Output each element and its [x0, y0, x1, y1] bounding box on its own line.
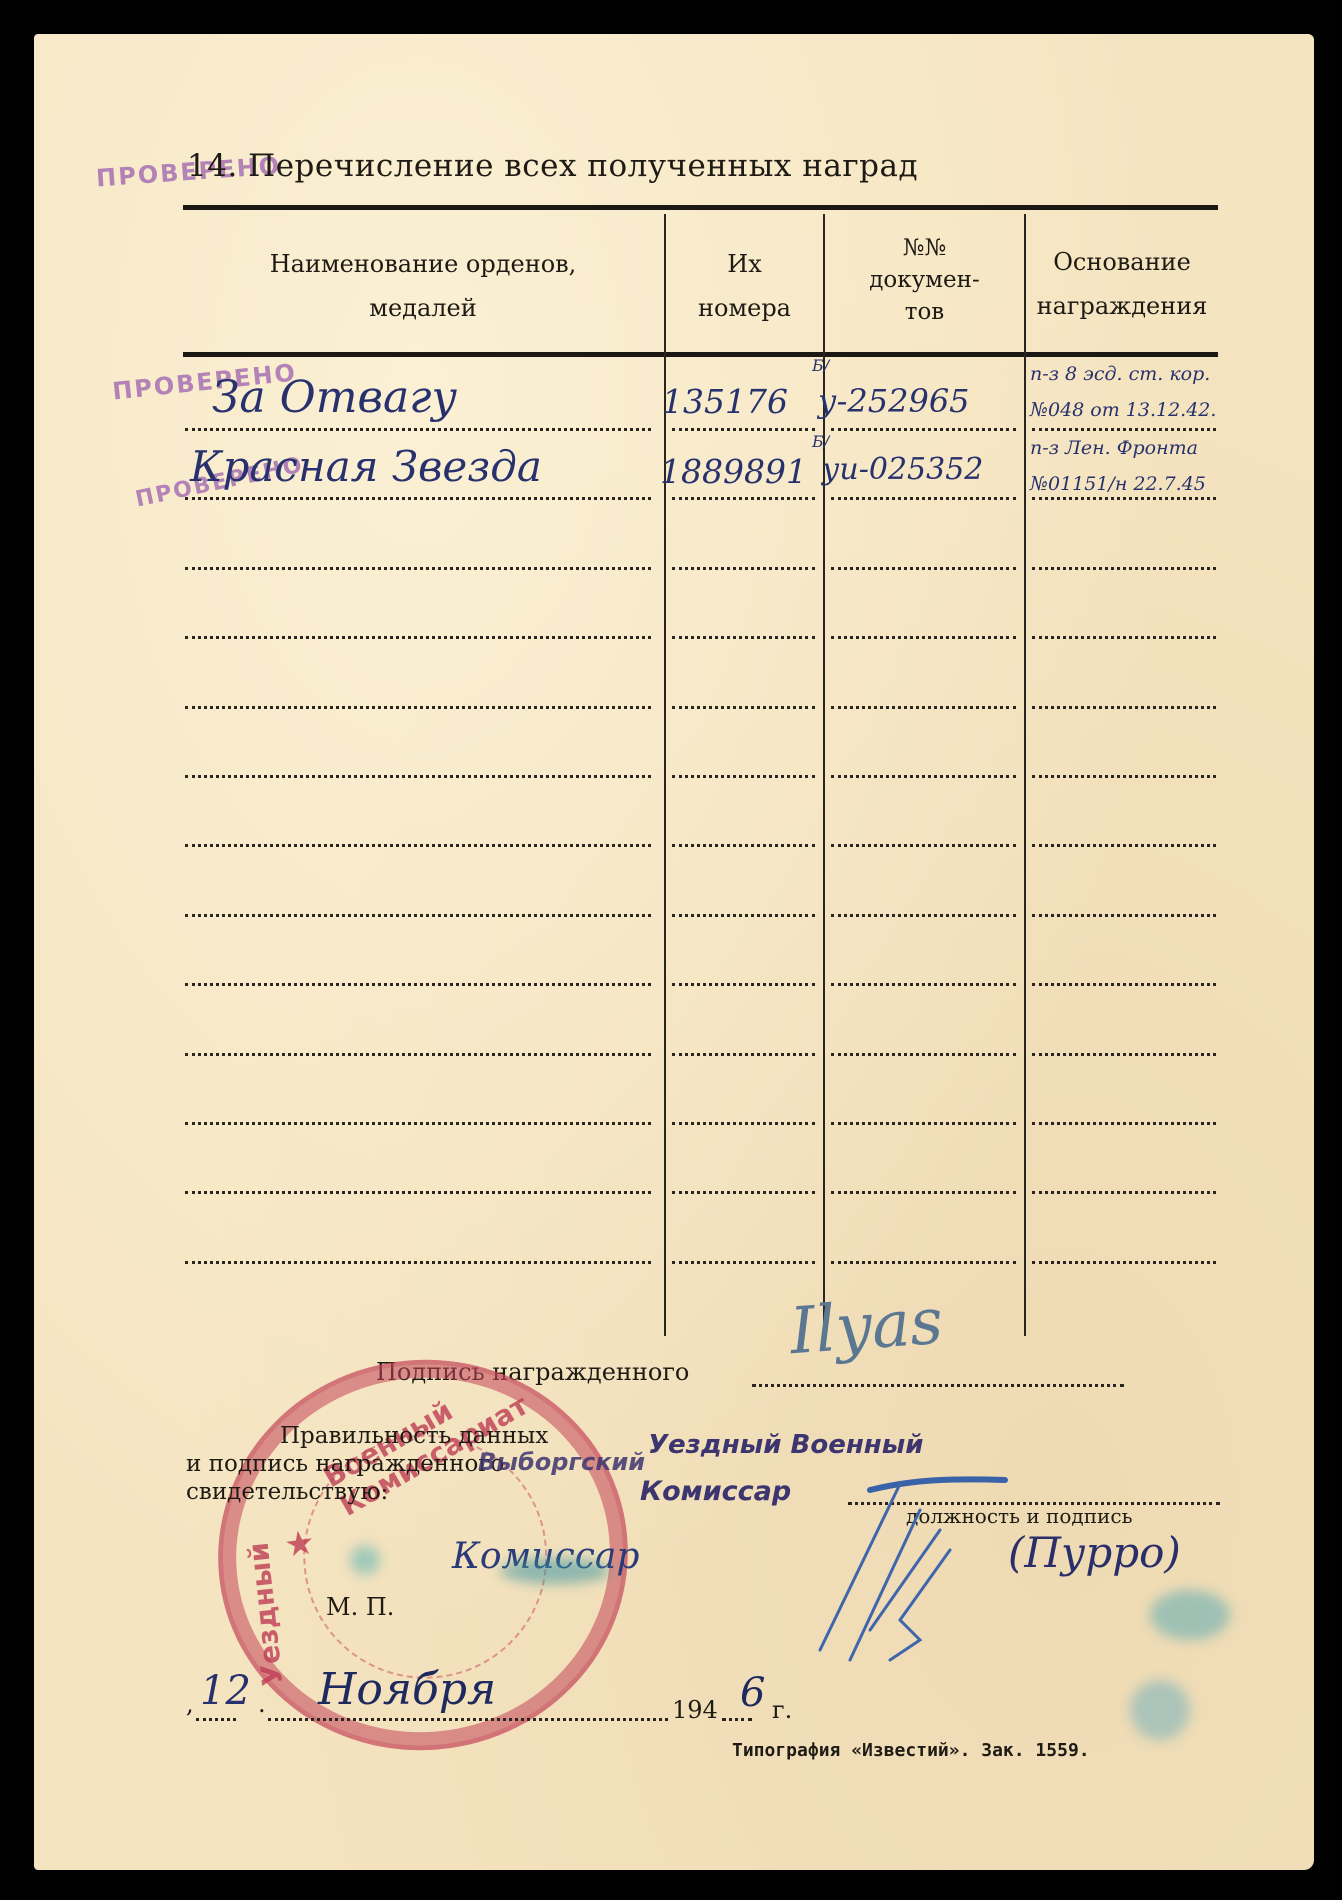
row-dotted-line [672, 497, 815, 500]
row-dotted-line [1032, 1122, 1216, 1125]
stamp-title-line1: Уездный Военный [648, 1430, 924, 1460]
column-header-award-name: Наименование орденов, медалей [183, 242, 663, 330]
award-number-cell: 135176 [662, 382, 788, 421]
table-top-rule [183, 205, 1218, 210]
row-dotted-line [1032, 914, 1216, 917]
row-dotted-line [185, 1053, 651, 1056]
row-dotted-line [831, 1053, 1016, 1056]
header-line: №№ [825, 232, 1024, 264]
document-number-cell: уи-025352 [822, 452, 983, 487]
row-dotted-line [672, 1122, 815, 1125]
award-name-cell: За Отвагу [212, 372, 457, 423]
row-dotted-line [831, 1191, 1016, 1194]
row-dotted-line [831, 706, 1016, 709]
row-dotted-line [672, 844, 815, 847]
row-dotted-line [831, 914, 1016, 917]
header-line: Основание [1026, 240, 1218, 284]
row-dotted-line [185, 1261, 651, 1264]
header-line: докумен- [825, 264, 1024, 296]
doc-prefix: Б/ [812, 432, 829, 451]
ink-blot [500, 1558, 610, 1584]
row-dotted-line [1032, 428, 1216, 431]
date-year-unit: г. [772, 1696, 792, 1724]
header-line: номера [666, 286, 823, 330]
commissar-signature-name: (Пурро) [1008, 1528, 1181, 1577]
award-number-cell: 1889891 [660, 452, 807, 491]
row-dotted-line [185, 775, 651, 778]
row-dotted-line [672, 428, 815, 431]
row-dotted-line [672, 1053, 815, 1056]
header-line: Наименование орденов, [183, 242, 663, 286]
row-dotted-line [1032, 844, 1216, 847]
row-dotted-line [831, 844, 1016, 847]
row-dotted-line [1032, 1191, 1216, 1194]
row-dotted-line [831, 1261, 1016, 1264]
column-header-numbers: Их номера [666, 242, 823, 330]
header-line: награждения [1026, 284, 1218, 328]
stamp-title-line2: Комиссар [640, 1476, 791, 1507]
row-dotted-line [672, 775, 815, 778]
certification-line: Правильность данных [186, 1422, 548, 1450]
date-month: Ноября [318, 1664, 496, 1715]
row-dotted-line [1032, 636, 1216, 639]
date-separator: . [258, 1690, 266, 1718]
row-dotted-line [831, 983, 1016, 986]
date-day: 12 [200, 1668, 251, 1714]
row-dotted-line [1032, 497, 1216, 500]
row-dotted-line [1032, 1053, 1216, 1056]
ink-blot [1150, 1590, 1230, 1640]
document-number-cell: у-252965 [818, 382, 970, 420]
header-line: медалей [183, 286, 663, 330]
row-dotted-line [672, 567, 815, 570]
row-dotted-line [1032, 983, 1216, 986]
row-dotted-line [1032, 1261, 1216, 1264]
date-day-line [196, 1718, 236, 1721]
row-dotted-line [1032, 567, 1216, 570]
column-header-basis: Основание награждения [1026, 240, 1218, 328]
doc-prefix: Б/ [812, 356, 829, 375]
date-month-line [268, 1718, 668, 1721]
certification-line: свидетельствую: [186, 1478, 548, 1506]
column-divider [1024, 214, 1026, 1336]
row-dotted-line [831, 497, 1016, 500]
row-dotted-line [672, 1261, 815, 1264]
row-dotted-line [185, 1191, 651, 1194]
row-dotted-line [672, 706, 815, 709]
row-dotted-line [831, 1122, 1016, 1125]
row-dotted-line [185, 706, 651, 709]
row-dotted-line [672, 636, 815, 639]
row-dotted-line [1032, 775, 1216, 778]
row-dotted-line [185, 636, 651, 639]
row-dotted-line [831, 775, 1016, 778]
commissar-signature-scribble [800, 1470, 1020, 1670]
basis-line: п-з 8 эсд. ст. кор. [1030, 356, 1216, 392]
stamp-district: Выборгский [478, 1448, 645, 1476]
row-dotted-line [185, 844, 651, 847]
awardee-signature-line [752, 1384, 1124, 1387]
row-dotted-line [831, 567, 1016, 570]
row-dotted-line [1032, 706, 1216, 709]
award-basis-cell: п-з Лен. Фронта №01151/н 22.7.45 [1030, 430, 1206, 502]
row-dotted-line [185, 914, 651, 917]
award-basis-cell: п-з 8 эсд. ст. кор. №048 от 13.12.42. [1030, 356, 1216, 428]
section-title: 14. Перечисление всех полученных наград [187, 148, 918, 184]
printer-imprint: Типография «Известий». Зак. 1559. [732, 1740, 1090, 1761]
row-dotted-line [185, 1122, 651, 1125]
date-year-line [722, 1718, 752, 1721]
ink-blot [350, 1545, 380, 1575]
row-dotted-line [672, 1191, 815, 1194]
row-dotted-line [185, 567, 651, 570]
row-dotted-line [672, 914, 815, 917]
award-name-cell: Красная Звезда [190, 442, 542, 491]
ink-blot [1130, 1680, 1190, 1740]
row-dotted-line [831, 428, 1016, 431]
date-year-suffix: 6 [740, 1670, 765, 1716]
row-dotted-line [185, 497, 651, 500]
row-dotted-line [185, 983, 651, 986]
seal-star-icon: ★ [282, 1522, 318, 1566]
date-year-prefix: 194 [672, 1696, 718, 1724]
column-header-documents: №№ докумен- тов [825, 232, 1024, 328]
row-dotted-line [831, 636, 1016, 639]
date-open-comma: , [186, 1690, 194, 1718]
header-line: тов [825, 296, 1024, 328]
header-line: Их [666, 242, 823, 286]
row-dotted-line [185, 428, 651, 431]
seal-place-label: М. П. [326, 1593, 394, 1621]
basis-line: №048 от 13.12.42. [1030, 392, 1216, 428]
basis-line: п-з Лен. Фронта [1030, 430, 1206, 466]
row-dotted-line [672, 983, 815, 986]
awardee-signature: Ilyas [788, 1285, 946, 1369]
